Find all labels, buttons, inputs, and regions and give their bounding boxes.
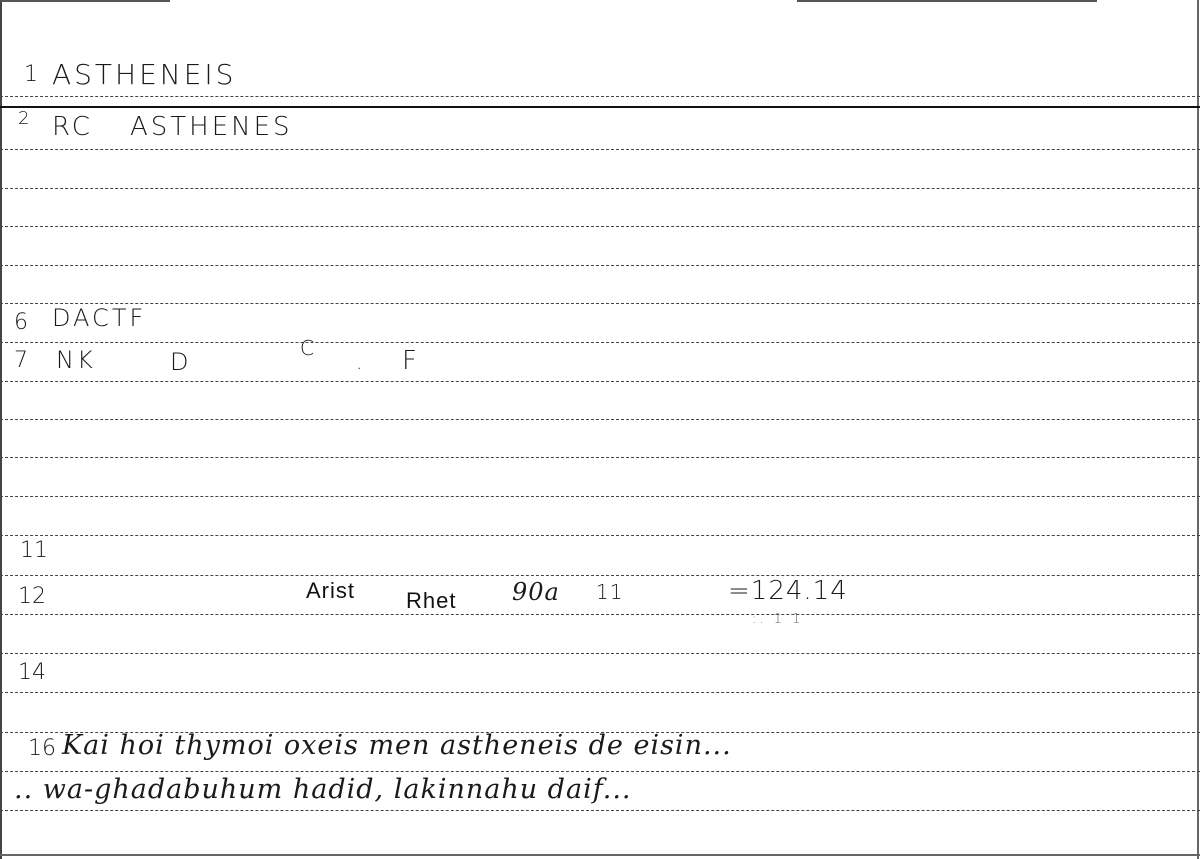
headword: ASTHENEIS [52,58,236,91]
citation-work: Rhet [406,588,456,614]
arabic-translation: .. wa-ghadabuhum hadid, lakinnahu daif..… [14,774,631,805]
citation-locus: 90a [512,578,560,606]
card-left-edge [0,0,2,859]
citation-line: 11 [596,580,623,604]
ruling-line [0,265,1200,266]
ruling-line [0,381,1200,382]
faint-marks: :. 1 1 [752,612,803,627]
line-number: 12 [18,584,46,609]
line-number: 2 [18,108,29,129]
ruling-line [0,614,1200,615]
ruling-line [0,226,1200,227]
ruling-line [0,457,1200,458]
manuscript-mark: D [170,348,191,376]
ruling-line [0,342,1200,343]
ruling-line-thick [0,106,1200,108]
card-right-edge [1197,0,1199,859]
source-siglum: RC [52,112,93,142]
manuscript-sigla: DACTF [52,304,146,332]
ruling-line [0,653,1200,654]
manuscript-mark: C [300,336,317,360]
line-number: 7 [14,348,28,373]
line-number: 16 [28,736,56,761]
variant-form: ASTHENES [130,112,293,142]
index-card: 1 ASTHENEIS 2 RC ASTHENES 6 DACTF 7 NK D… [0,0,1200,859]
card-bottom-edge [0,854,1200,856]
manuscript-sigla: NK [56,346,96,374]
line-number: 14 [18,660,46,685]
ruling-line [0,771,1200,772]
card-top-edge [797,0,1097,2]
citation-author: Arist [306,578,355,604]
ruling-line [0,149,1200,150]
manuscript-mark: F [402,346,420,376]
ruling-line [0,575,1200,576]
citation-page-ref: =124.14 [728,576,848,606]
line-number: 1 [24,62,38,87]
ruling-line [0,535,1200,536]
card-top-edge [0,0,170,2]
ruling-line [0,692,1200,693]
ruling-line [0,303,1200,304]
ruling-line [0,188,1200,189]
ruling-line [0,496,1200,497]
line-number: 11 [20,538,48,563]
ruling-line [0,419,1200,420]
line-number: 6 [14,310,28,335]
ruling-line [0,96,1200,97]
manuscript-mark: . [356,350,365,374]
ruling-line [0,810,1200,811]
greek-quotation: Kai hoi thymoi oxeis men astheneis de ei… [62,730,732,761]
